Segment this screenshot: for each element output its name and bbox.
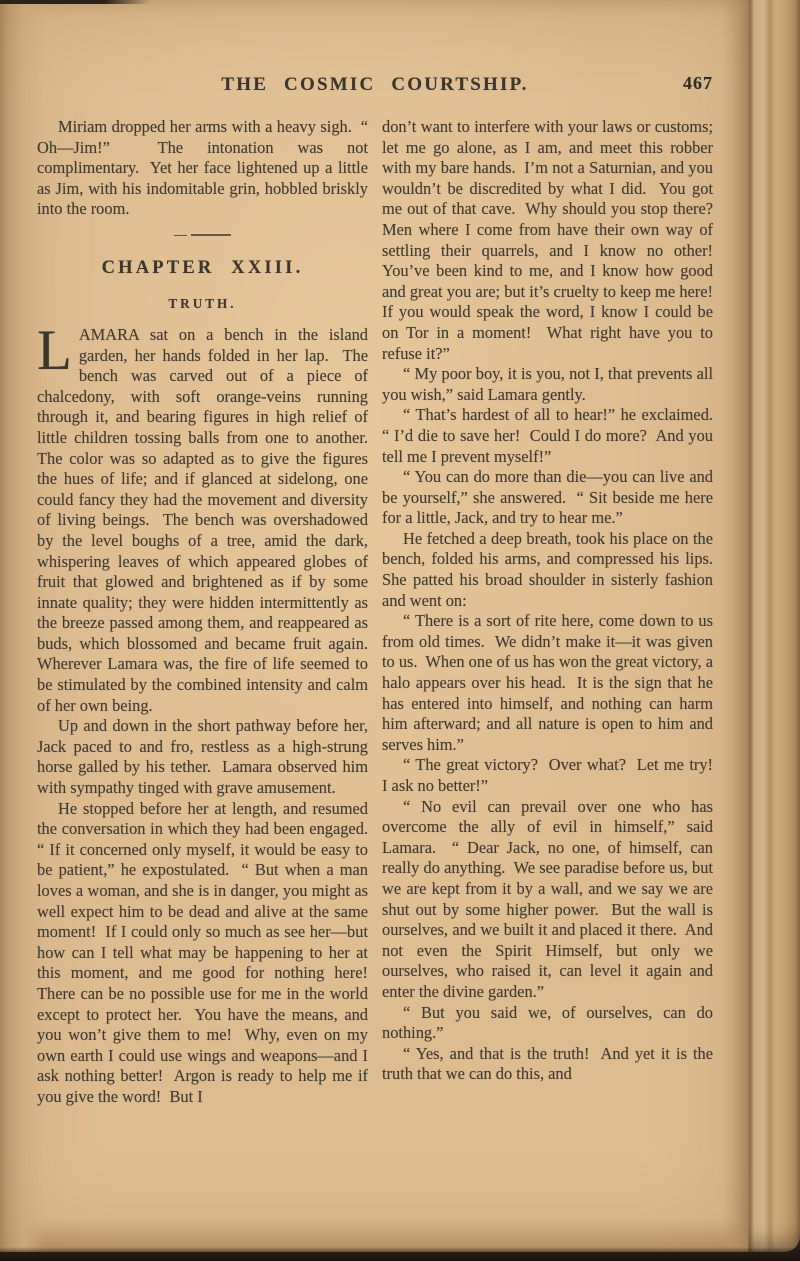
paragraph-dropcap: LAMARA sat on a bench in the island gard… <box>37 325 368 716</box>
book-page: THE COSMIC COURTSHIP. 467 Miriam dropped… <box>0 0 748 1252</box>
paragraph: Miriam dropped her arms with a heavy sig… <box>37 117 368 220</box>
paragraph: “ But you said we, of ourselves, can do … <box>382 1003 713 1044</box>
paragraph: He fetched a deep breath, took his place… <box>382 529 713 611</box>
page-number: 467 <box>683 73 713 94</box>
photo-bottom-edge <box>0 1247 800 1261</box>
right-column: don’t want to interfere with your laws o… <box>382 117 713 1108</box>
chapter-subheading: TRUTH. <box>37 296 368 312</box>
paragraph: “ The great victory? Over what? Let me t… <box>382 755 713 796</box>
paragraph: He stopped before her at length, and res… <box>37 799 368 1108</box>
paragraph: “ You can do more than die—you can live … <box>382 467 713 529</box>
paragraph: “ There is a sort of rite here, come dow… <box>382 611 713 755</box>
paragraph: “ Yes, and that is the truth! And yet it… <box>382 1044 713 1085</box>
paragraph-continuation: don’t want to interfere with your laws o… <box>382 117 713 364</box>
paragraph: “ That’s hardest of all to hear!” he exc… <box>382 405 713 467</box>
left-column: Miriam dropped her arms with a heavy sig… <box>37 117 368 1108</box>
photo-top-edge <box>0 0 150 4</box>
section-break-rule <box>37 234 368 237</box>
paragraph: Up and down in the short pathway before … <box>37 716 368 798</box>
dropcap-letter: L <box>37 325 79 374</box>
paragraph: “ No evil can prevail over one who has o… <box>382 797 713 1003</box>
stacked-page-edges <box>748 0 800 1252</box>
page-content: THE COSMIC COURTSHIP. 467 Miriam dropped… <box>37 74 713 1108</box>
text-columns: Miriam dropped her arms with a heavy sig… <box>37 117 713 1108</box>
chapter-heading: CHAPTER XXIII. <box>37 258 368 279</box>
running-header: THE COSMIC COURTSHIP. 467 <box>37 74 713 98</box>
page-title: THE COSMIC COURTSHIP. <box>37 74 713 96</box>
paragraph: “ My poor boy, it is you, not I, that pr… <box>382 364 713 405</box>
rule-segment <box>174 235 187 237</box>
rule-segment <box>191 234 231 236</box>
paragraph-text: AMARA sat on a bench in the island garde… <box>37 325 376 715</box>
